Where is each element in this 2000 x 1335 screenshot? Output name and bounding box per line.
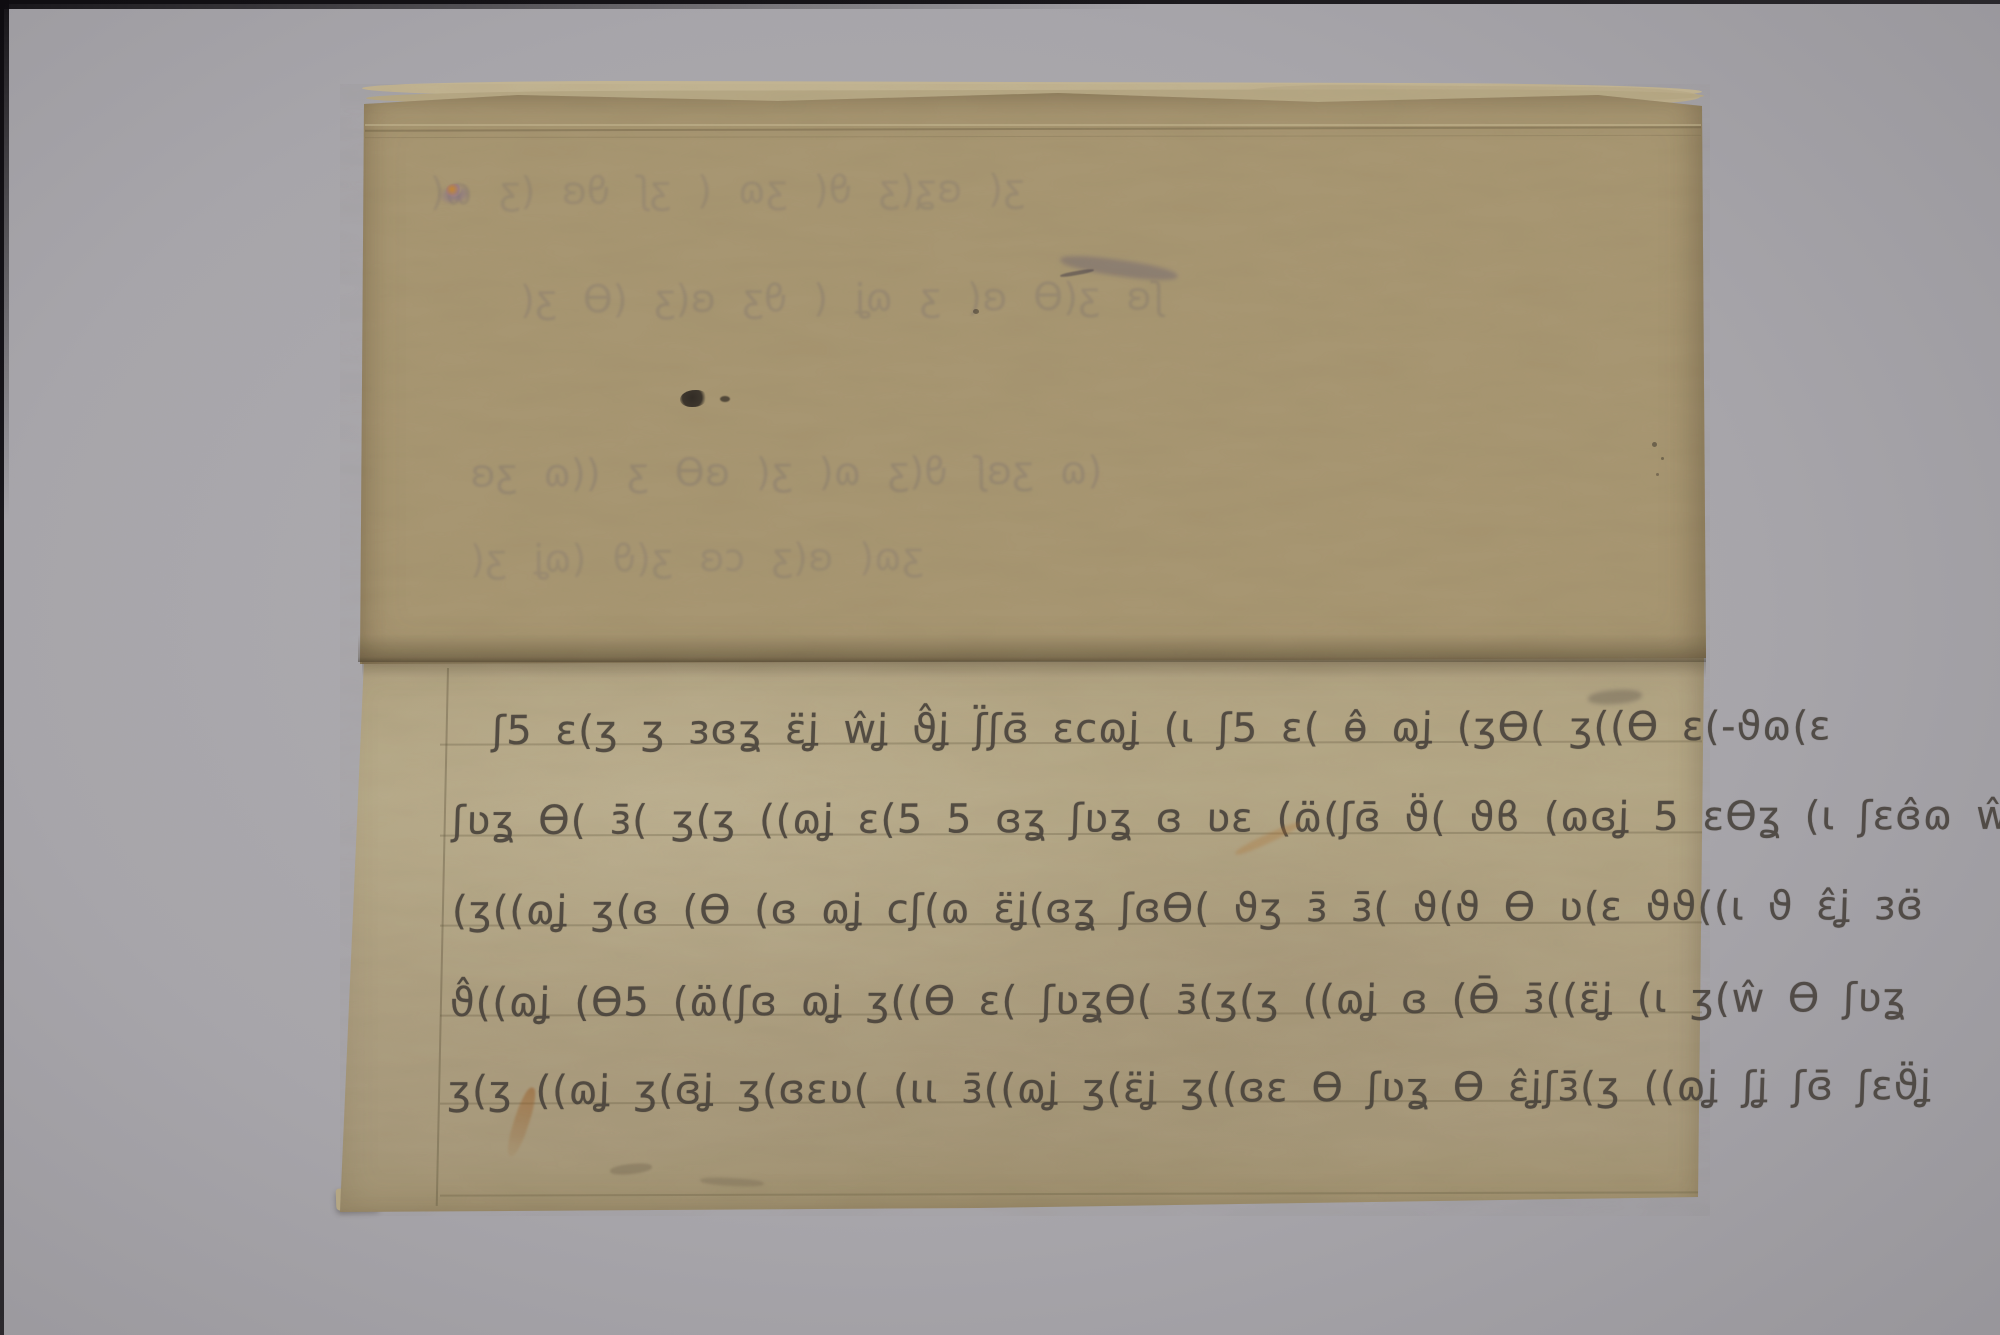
handwritten-line-3: (ʒ((ɷʝ ʒ(ɞ (ϴ (ɞ ɷʝ ϲʃ(ɷ ɛ̈ʝ(ɞʓ ʃɞϴ( ϑʒ … bbox=[451, 884, 1703, 934]
bleedthrough-row-2: ʃɞ ʒ(ϴ ɞ( ʒ ɷʝ ( ϑʒ ɞ(ʒ (ϴ ʒ( bbox=[520, 274, 1164, 321]
flap-crease-highlight bbox=[365, 124, 1701, 126]
handwritten-line-1: ʃ5 ɛ(ʒ ʒ ɜɞʓ ɛ̈ʝ ŵʝ ϑ̂ʝ ʃ̈ʃɞ̄ ɛϲɷʝ (ɩ ʃ5… bbox=[491, 704, 1703, 754]
handwritten-line-4: ϑ̂((ɷʝ (ϴ5 (ɷ̈(ʃɞ ɷʝ ʒ((ϴ ɛ( ʃʋʓϴ( ɜ̄(ʒ(… bbox=[449, 976, 1701, 1026]
photograph-of-manuscript: ʃ5 ɛ(ʒ ʒ ɜɞʓ ɛ̈ʝ ŵʝ ϑ̂ʝ ʃ̈ʃɞ̄ ɛϲɷʝ (ɩ ʃ5… bbox=[0, 0, 2000, 1335]
bleedthrough-row-4: ʒɷ( ɞ(ʒ ϲɞ ʒ(ϑ (ɷʝ ʒ( bbox=[470, 535, 924, 581]
scan-edge-left-shadow bbox=[0, 0, 9, 520]
handwritten-line-2: ʃʋʓ ϴ( ɜ̄( ʒ(ʒ ((ɷʝ ɛ(5 5 ɞʓ ʃʋʓ ɞ ʋɛ (ɷ… bbox=[451, 794, 1703, 844]
speck-cluster bbox=[1652, 442, 1657, 447]
ink-blot-satellite bbox=[720, 396, 730, 402]
handwritten-line-5: ʒ(ʒ ((ɷʝ ʒ(ɞ̄ʝ ʒ(ɞɛʋ( (ɩɩ ɜ̄((ɷʝ ʒ(ɛ̈ʝ ʒ… bbox=[447, 1064, 1699, 1114]
fold-shadow bbox=[358, 634, 1706, 662]
fold-cast-shadow bbox=[362, 662, 1706, 678]
dark-speck bbox=[973, 309, 979, 314]
bleedthrough-row-3: (ɷ ʒɞʃ ϑ(ʒ ɷ( ʒ( ɞϴ ʒ ((ɷ ʒɞ bbox=[470, 448, 1102, 495]
bleedthrough-row-1: ʒ( ɞʓ(ʒ ϑ( ʒɷ ( ʒʃ ϑɞ (ʒ ɷ( bbox=[430, 166, 1025, 213]
scan-edge-top-shadow bbox=[0, 0, 1150, 9]
